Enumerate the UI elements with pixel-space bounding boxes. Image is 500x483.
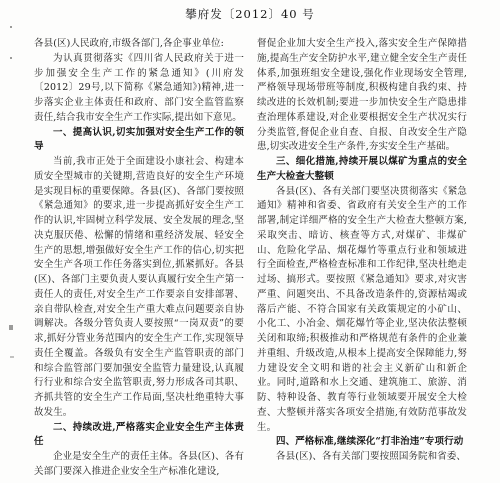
left-column: 各县(区)人民政府,市级各部门,各企事业单位:为认真贯彻落实《四川省人民政府关于… xyxy=(34,37,244,479)
scan-speck xyxy=(10,356,14,358)
doc-number: 攀府发〔2012〕40 号 xyxy=(0,6,500,22)
scan-speck xyxy=(9,325,13,330)
section-heading: 四、严格标准,继续深化“打非治违”专项行动 xyxy=(257,435,467,450)
paragraph: 企业是安全生产的责任主体。各县(区)、各有关部门要深入推进企业安全生产标准化建设… xyxy=(34,450,244,479)
document-page: { "document": { "doc_number": "攀府发〔2012〕… xyxy=(0,0,500,483)
section-heading: 一、提高认识,切实加强对安全生产工作的领导 xyxy=(34,126,244,156)
paragraph: 各县(区)、各有关部门要坚决贯彻落实《紧急通知》精神和省委、省政府有关安全生产的… xyxy=(257,185,467,436)
paragraph: 为认真贯彻落实《四川省人民政府关于进一步加强安全生产工作的紧急通知》(川府发〔2… xyxy=(34,52,244,126)
section-heading: 三、细化措施,持续开展以煤矿为重点的安全生产大检查大整顿 xyxy=(257,155,467,185)
scan-speck xyxy=(10,26,12,28)
scan-speck xyxy=(10,57,12,59)
page-columns: 各县(区)人民政府,市级各部门,各企事业单位:为认真贯彻落实《四川省人民政府关于… xyxy=(34,37,468,479)
paragraph: 各县(区)人民政府,市级各部门,各企事业单位: xyxy=(34,37,244,52)
paragraph: 当前,我市正处于全面建设小康社会、构建本质安全型城市的关键期,营造良好的安全生产… xyxy=(34,155,244,421)
right-column: 督促企业加大安全生产投入,落实安全生产保障措施,提高生产安全防护水平,建立健全安… xyxy=(257,37,467,479)
paragraph: 各县(区)、各有关部门要按照国务院和省委、 xyxy=(257,450,467,465)
paragraph: 督促企业加大安全生产投入,落实安全生产保障措施,提高生产安全防护水平,建立健全安… xyxy=(257,37,467,155)
section-heading: 二、持续改进,严格落实企业安全生产主体责任 xyxy=(34,421,244,451)
